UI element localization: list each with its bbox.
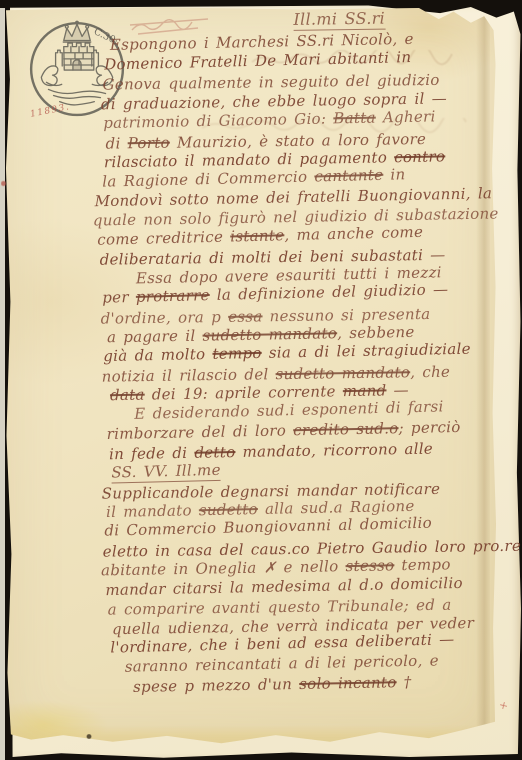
manuscript-body: Ill.mi SS.riEspongono i Marchesi SS.ri N… — [0, 5, 522, 699]
scanned-manuscript-page: { "document": { "stamp_value": "C.30·", … — [0, 0, 522, 760]
